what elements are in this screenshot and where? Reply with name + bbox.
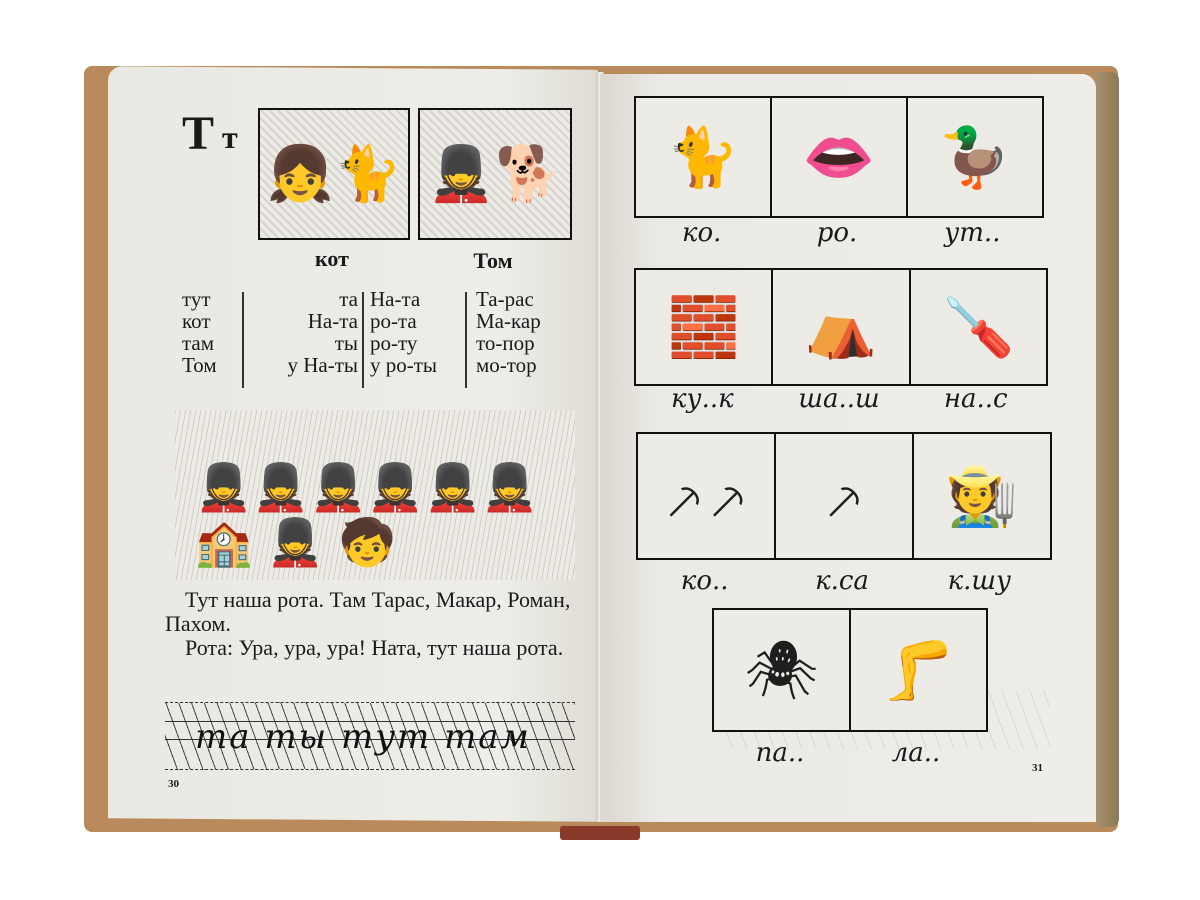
book-spine [560,826,640,840]
column-divider [465,292,467,388]
caption-tom: Том [418,248,568,274]
soldier-with-dog-illustration: 💂🐕 [418,108,572,240]
mower-man-icon: 🧑‍🌾 [914,434,1050,558]
picture-row-1: 🐈 👄 🦆 [634,96,1044,218]
column-divider [362,292,364,388]
hut-icon: ⛺ [773,270,910,384]
letter-lowercase: т [222,119,238,156]
page-number-left: 30 [168,778,179,790]
letter-uppercase: Т [182,106,214,161]
syllable-column-3: На-та ро-та ро-ту у ро-ты [370,288,437,376]
picture-row-3: ⸕⸕ ⸕ 🧑‍🌾 [636,432,1052,560]
duck-icon: 🦆 [908,98,1042,216]
copybook-lines: та ты тут там [165,702,575,770]
labels-row-3: ко.. к.са к.шу [636,566,1048,596]
soldiers-formation-illustration: 💂💂💂💂💂💂 🏫 💂 🧒 [175,410,575,580]
soldiers-icon: 💂💂💂💂💂💂 🏫 💂 🧒 [175,410,575,580]
paragraph-line-1: Тут наша рота. Там Тарас, Макар, Роман, … [165,588,585,636]
labels-row-1: ко. ро. ут.. [634,218,1040,248]
labels-row-4: па.. ла.. [712,738,984,768]
cat-icon: 🐈 [636,98,772,216]
syllable-column-2: та На-та ты у На-ты [250,288,358,376]
picture-row-4: 🕷 🦵 [712,608,988,732]
column-divider [242,292,244,388]
cursive-text: та ты тут там [195,717,531,757]
paw-icon: 🦵 [851,610,986,730]
reading-paragraph: Тут наша рота. Там Тарас, Макар, Роман, … [165,588,585,660]
caption-kot: кот [258,246,406,272]
scythe-icon: ⸕ [776,434,914,558]
pump-icon: 🪛 [911,270,1046,384]
girl-with-cat-icon: 👧🐈 [260,110,408,238]
book-cover-edge [1095,72,1119,827]
soldier-with-dog-icon: 💂🐕 [420,110,570,238]
girl-with-cat-illustration: 👧🐈 [258,108,410,240]
page-number-right: 31 [1032,762,1043,774]
spider-icon: 🕷 [714,610,851,730]
soap-bar-icon: 🧱 [636,270,773,384]
two-scythes-icon: ⸕⸕ [638,434,776,558]
paragraph-line-2: Рота: Ура, ура, ура! Ната, тут наша рота… [165,636,585,660]
picture-row-2: 🧱 ⛺ 🪛 [634,268,1048,386]
mouth-icon: 👄 [772,98,908,216]
syllable-column-1: тут кот там Том [182,288,217,376]
labels-row-2: ку..к ша..ш на..с [634,384,1044,414]
syllable-column-4: Та-рас Ма-кар то-пор мо-тор [476,288,541,376]
